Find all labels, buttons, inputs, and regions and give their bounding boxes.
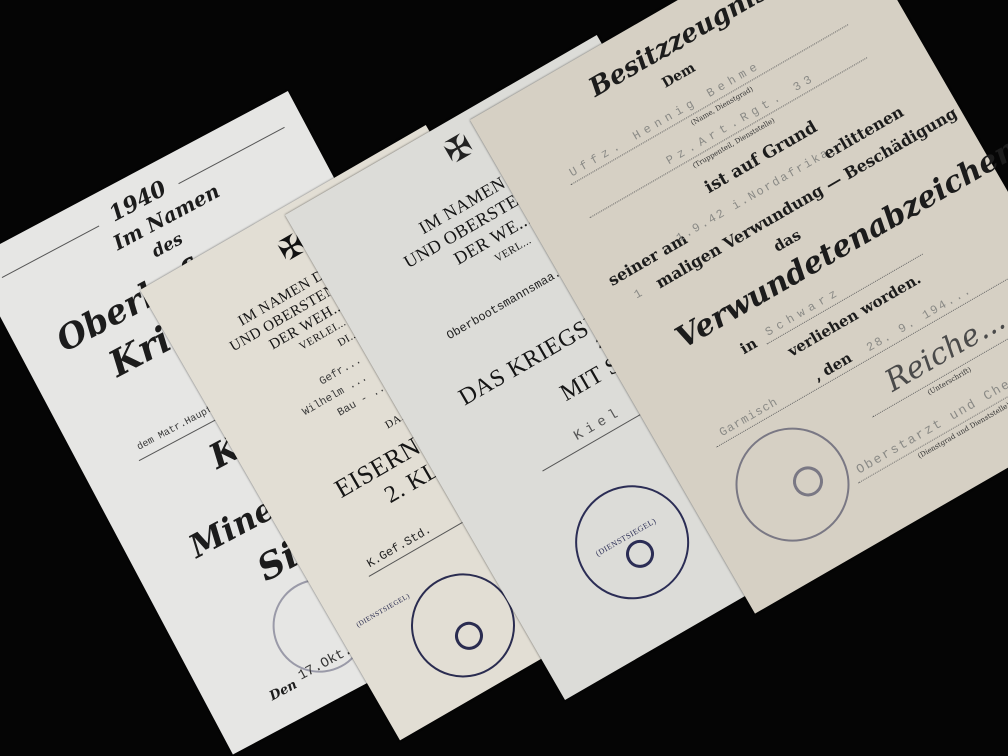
doc4-count: 1 bbox=[632, 284, 650, 302]
divider bbox=[178, 127, 284, 184]
wreath-icon bbox=[788, 461, 829, 502]
doc2-stamp-label: (DIENSTSIEGEL) bbox=[355, 592, 412, 629]
doc2-place: K.Gef.Std. bbox=[364, 523, 433, 571]
doc4-in: in bbox=[737, 334, 760, 358]
doc1-date-prefix: Den bbox=[267, 677, 300, 704]
divider bbox=[2, 225, 100, 278]
war-merit-cross-icon: ✠ bbox=[437, 125, 479, 171]
wreath-icon bbox=[450, 617, 488, 655]
